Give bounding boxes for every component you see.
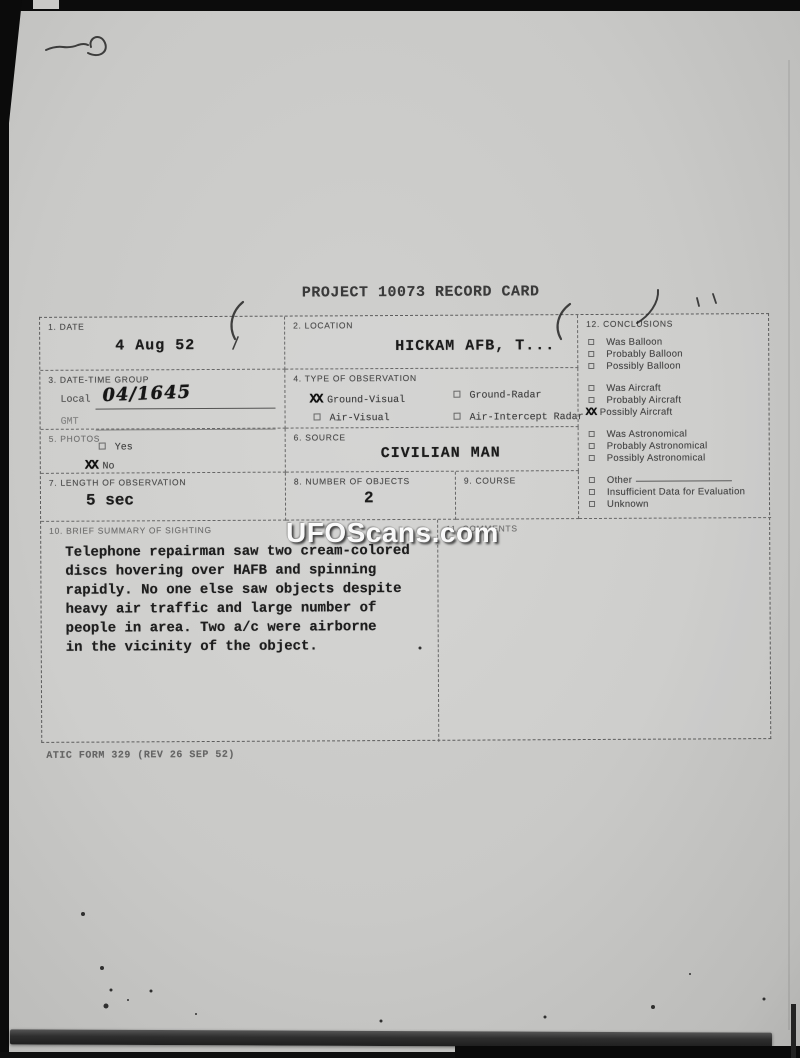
scan-edge-top: [0, 0, 800, 11]
checkbox-icon: [588, 397, 594, 403]
field-conclusions: 12. CONCLUSIONS Was Balloon Probably Bal…: [578, 314, 771, 519]
field-location: 2. LOCATION HICKAM AFB, T...: [285, 315, 578, 370]
scan-edge-bottom-right: [455, 1046, 800, 1058]
field-location-label: 2. LOCATION: [293, 320, 353, 330]
form-number-footer: ATIC FORM 329 (REV 26 SEP 52): [46, 750, 235, 762]
conclusion-probably-aircraft: Probably Aircraft: [588, 395, 681, 406]
obs-ground-radar: Ground-Radar: [453, 390, 541, 401]
obs-ground-visual-checked: XXGround-Visual: [309, 391, 405, 407]
xx-check-mark: XX: [85, 458, 98, 473]
field-objects-value: 2: [364, 489, 374, 507]
field-location-value: HICKAM AFB, T...: [395, 337, 555, 355]
checkbox-icon: [589, 431, 595, 437]
field-brief-summary: 10. BRIEF SUMMARY OF SIGHTING Telephone …: [41, 520, 439, 744]
scanned-document-page: PROJECT 10073 RECORD CARD 1. DATE 4 Aug …: [0, 0, 800, 1058]
field-type-label: 4. TYPE OF OBSERVATION: [293, 373, 416, 384]
checkbox-icon: [453, 391, 460, 398]
xx-check-mark: XX: [309, 391, 322, 406]
conclusion-other: Other: [589, 474, 732, 486]
field-type-of-observation: 4. TYPE OF OBSERVATION XXGround-Visual G…: [285, 368, 578, 429]
checkbox-icon: [454, 413, 461, 420]
checkbox-icon: [588, 339, 594, 345]
watermark: UFOScans.com: [286, 517, 499, 549]
dtg-local-underline: [96, 408, 276, 410]
field-photos: 5. PHOTOS Yes XXNo: [41, 429, 286, 474]
dtg-local-value-handwritten: 04/1645: [102, 382, 192, 407]
other-blank-line: [636, 480, 732, 482]
obs-air-visual: Air-Visual: [314, 413, 390, 424]
conclusion-was-balloon: Was Balloon: [588, 337, 662, 348]
field-course-label: 9. COURSE: [464, 475, 516, 485]
conclusion-probably-balloon: Probably Balloon: [588, 349, 683, 360]
conclusion-possibly-astronomical: Possibly Astronomical: [589, 452, 706, 464]
field-date-value: 4 Aug 52: [115, 337, 195, 354]
conclusion-unknown: Unknown: [589, 499, 649, 510]
checkbox-icon: [99, 443, 106, 450]
checkbox-icon: [588, 385, 594, 391]
field-number-of-objects: 8. NUMBER OF OBJECTS 2: [286, 472, 456, 521]
field-date-time-group: 3. DATE-TIME GROUP Local 04/1645 GMT: [40, 370, 285, 430]
paper-crease: [788, 60, 790, 1030]
photos-no-checked: XXNo: [85, 457, 115, 472]
photos-yes: Yes: [99, 442, 133, 453]
checkbox-icon: [589, 443, 595, 449]
field-source-label: 6. SOURCE: [294, 432, 346, 442]
checkbox-icon: [589, 489, 595, 495]
field-date-label: 1. DATE: [48, 322, 84, 332]
checkbox-icon: [314, 413, 321, 420]
field-summary-label: 10. BRIEF SUMMARY OF SIGHTING: [49, 525, 212, 536]
scan-edge-top-notch: [33, 0, 59, 9]
checkbox-icon: [589, 501, 595, 507]
field-source: 6. SOURCE CIVILIAN MAN: [286, 427, 579, 473]
field-objects-label: 8. NUMBER OF OBJECTS: [294, 476, 410, 487]
field-length-label: 7. LENGTH OF OBSERVATION: [49, 477, 186, 488]
dtg-local-label: Local: [60, 395, 90, 406]
dtg-gmt-label: GMT: [61, 417, 79, 428]
checkbox-icon: [589, 455, 595, 461]
checkbox-icon: [588, 351, 594, 357]
field-comments: 11. COMMENTS: [438, 518, 772, 742]
field-length-value: 5 sec: [86, 491, 134, 509]
checkbox-icon: [589, 477, 595, 483]
field-conclusions-label: 12. CONCLUSIONS: [586, 319, 673, 329]
field-length-of-observation: 7. LENGTH OF OBSERVATION 5 sec: [41, 473, 286, 522]
checkbox-icon: [588, 363, 594, 369]
conclusion-was-astronomical: Was Astronomical: [589, 428, 688, 440]
document-title: PROJECT 10073 RECORD CARD: [302, 283, 540, 301]
xx-check-mark: XX: [586, 407, 596, 419]
conclusion-was-aircraft: Was Aircraft: [588, 383, 661, 394]
obs-air-intercept-radar: Air-Intercept Radar: [454, 412, 584, 424]
summary-text: Telephone repairman saw two cream-colore…: [65, 542, 436, 658]
conclusion-insufficient-data: Insufficient Data for Evaluation: [589, 486, 745, 498]
conclusion-possibly-balloon: Possibly Balloon: [588, 361, 681, 372]
field-date: 1. DATE 4 Aug 52: [40, 317, 285, 371]
conclusion-possibly-aircraft-checked: XXPossibly Aircraft: [589, 407, 673, 419]
field-course: 9. COURSE: [456, 471, 579, 520]
conclusion-probably-astronomical: Probably Astronomical: [589, 440, 708, 452]
field-source-value: CIVILIAN MAN: [381, 444, 501, 462]
scan-edge-right: [791, 1004, 796, 1058]
scan-edge-left: [0, 0, 9, 1058]
field-photos-label: 5. PHOTOS: [49, 434, 101, 444]
